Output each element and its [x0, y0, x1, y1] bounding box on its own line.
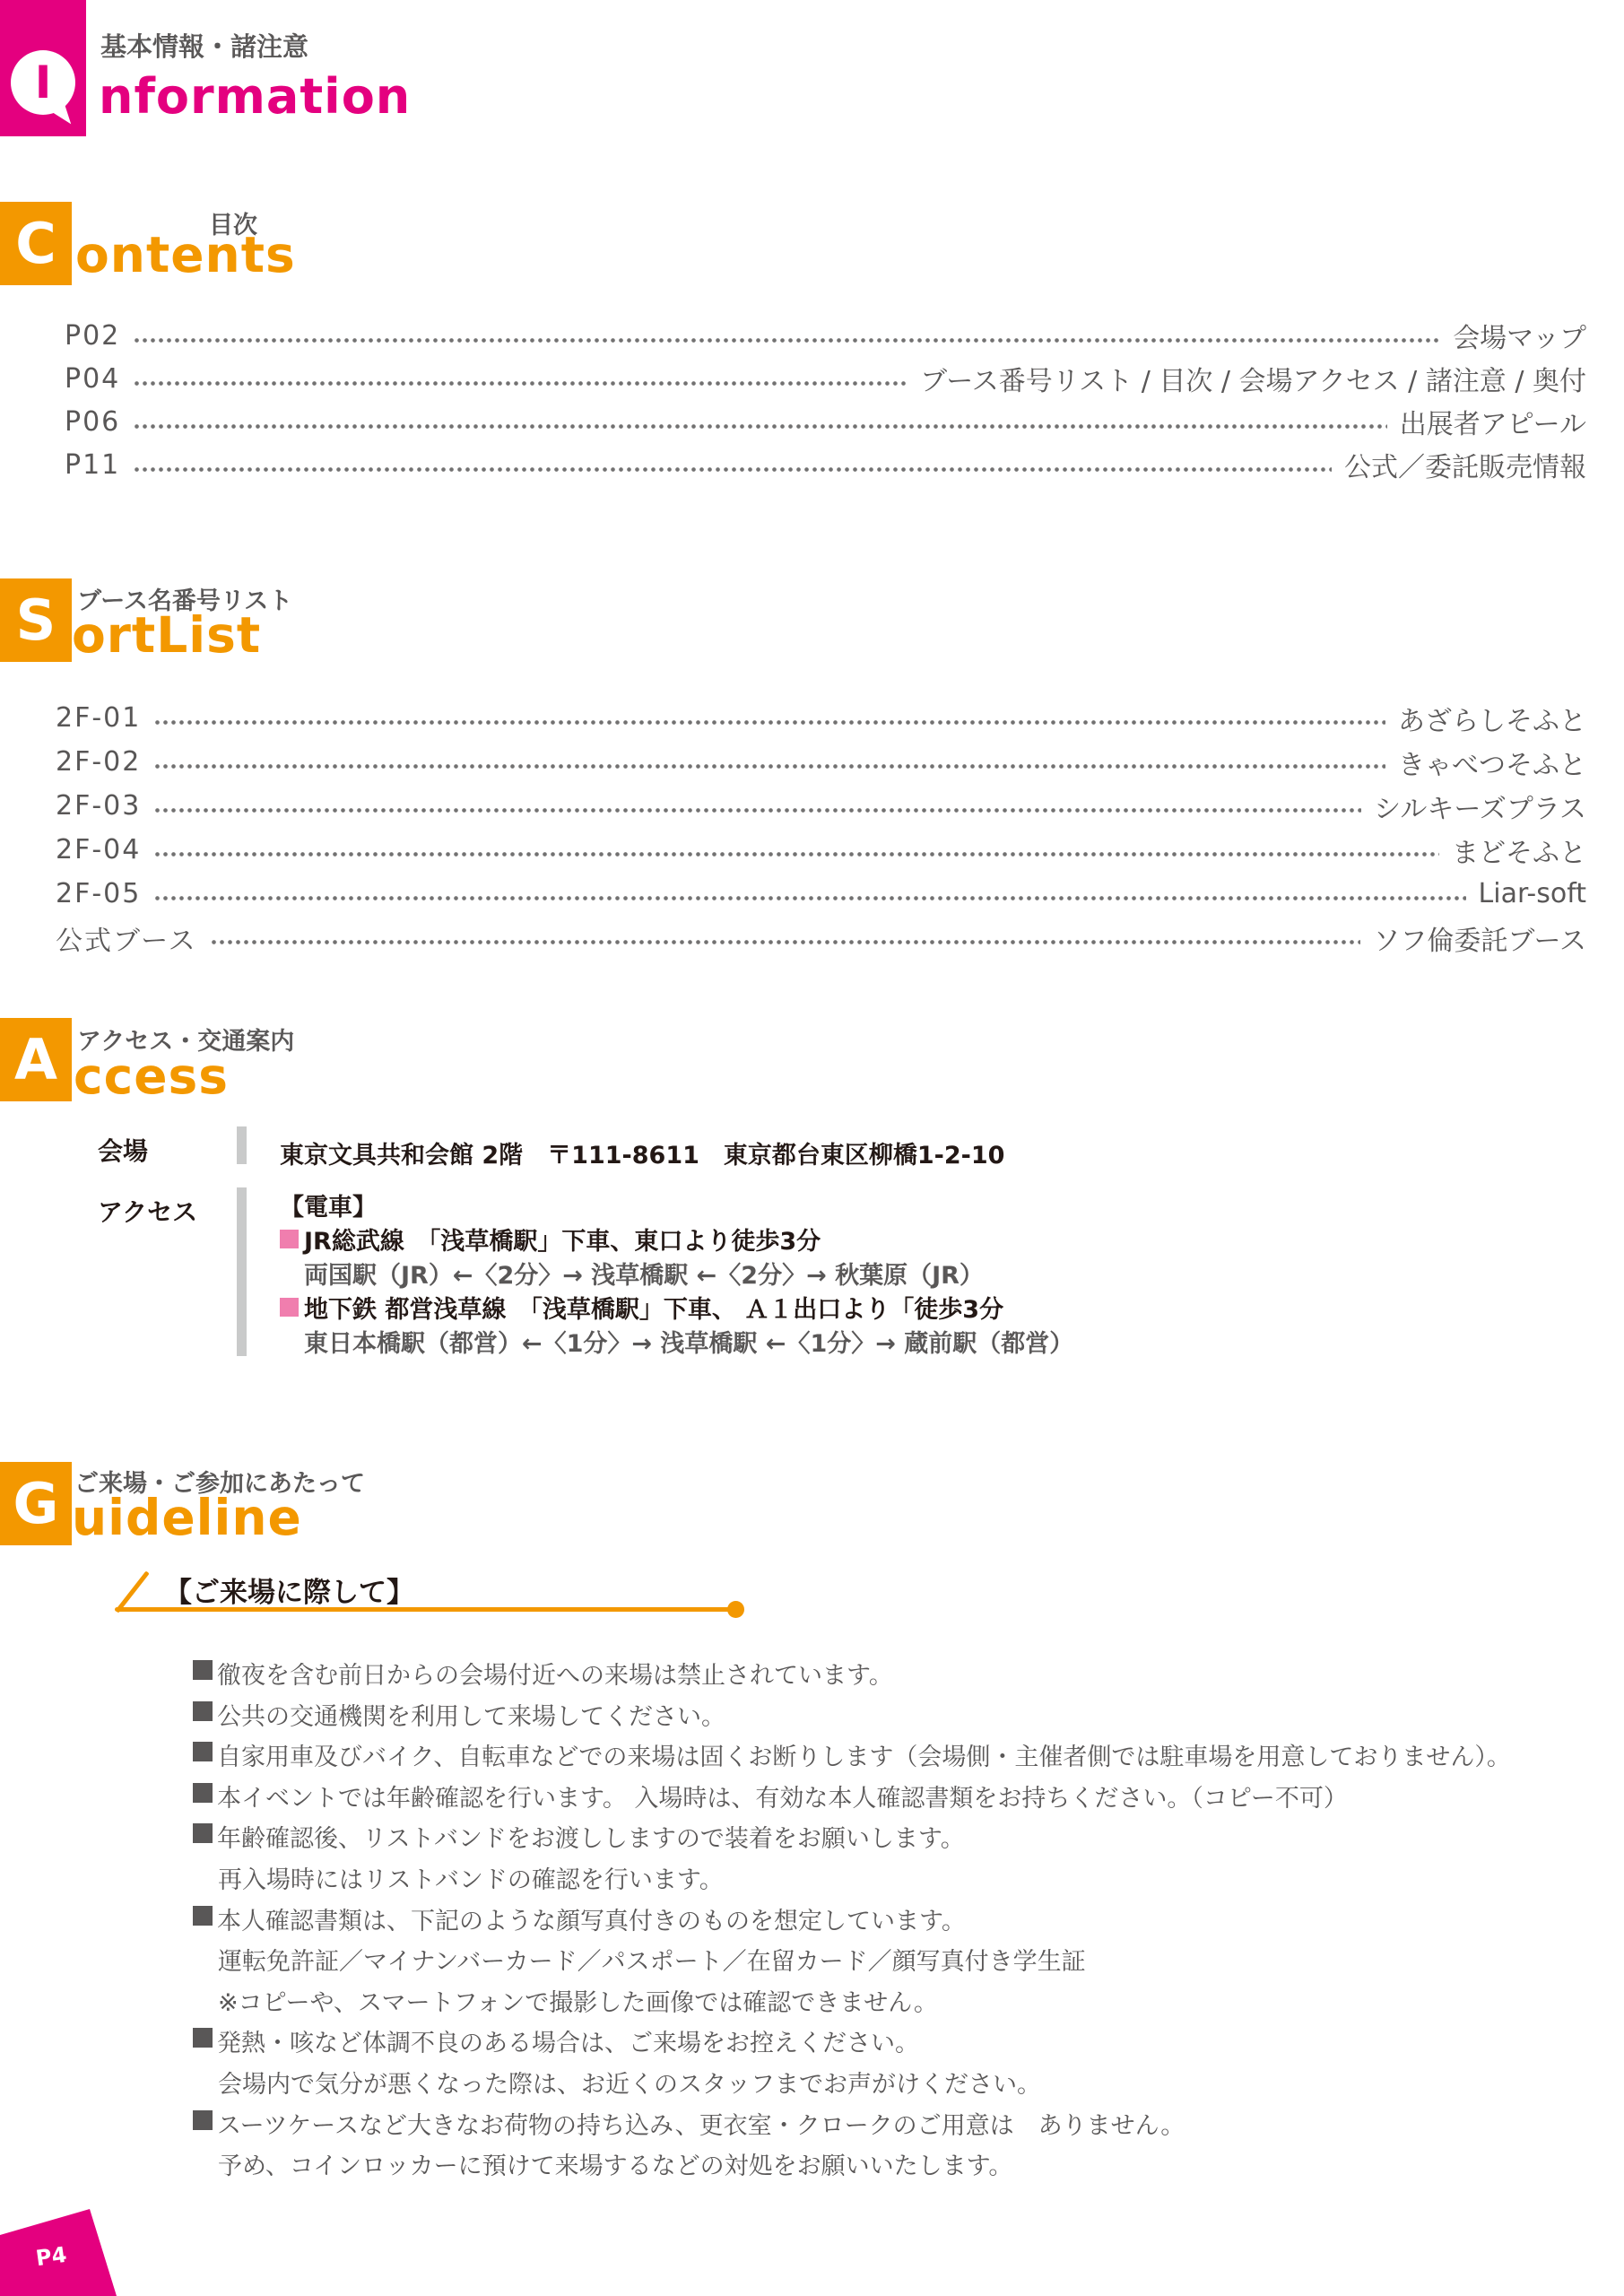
- guideline-bullet-icon: [193, 2110, 213, 2130]
- dotted-list-row: P04 ブース番号リスト / 目次 / 会場アクセス / 諸注意 / 奥付: [65, 357, 1586, 400]
- guideline-item: ※コピーや、スマートフォンで撮影した画像では確認できません。: [193, 1983, 1624, 2024]
- row-right-value: Liar-soft: [1479, 878, 1586, 909]
- dotted-list-row: 2F-05 Liar-soft: [56, 872, 1586, 916]
- guideline-item-text: 自家用車及びバイク、自転車などでの来場は固くお断りします（会場側・主催者側では駐…: [217, 1737, 1511, 1772]
- guideline-item-text: 公共の交通機関を利用して来場してください。: [217, 1697, 725, 1732]
- guideline-item: 再入場時にはリストバンドの確認を行います。: [193, 1860, 1624, 1901]
- guideline-list: 徹夜を含む前日からの会場付近への来場は禁止されています。 公共の交通機関を利用し…: [193, 1656, 1624, 2187]
- venue-label: 会場: [98, 1132, 148, 1168]
- row-left-label: 2F-02: [56, 746, 141, 778]
- row-right-value: 会場マップ: [1453, 316, 1586, 355]
- dotted-leader: [153, 719, 1385, 726]
- dotted-list-row: 2F-03 シルキーズプラス: [56, 784, 1586, 828]
- guideline-item: 本イベントでは年齢確認を行います。 入場時は、有効な本人確認書類をお持ちください…: [193, 1779, 1624, 1820]
- route-line: 地下鉄 都営浅草線 「浅草橋駅」下車、 Ａ１出口より「徒歩3分: [280, 1290, 1073, 1324]
- guideline-item: 予め、コインロッカーに預けて来場するなどの対処をお願いいたします。: [193, 2146, 1624, 2187]
- guideline-item-text: 発熱・咳など体調不良のある場合は、ご来場をお控えください。: [217, 2023, 919, 2058]
- dotted-leader: [133, 337, 1440, 344]
- route-bullet-icon: [280, 1230, 299, 1248]
- guideline-bullet-icon: [193, 1660, 213, 1680]
- sortlist-big-letter: S: [16, 587, 56, 653]
- speech-bubble-tail-icon: [48, 103, 71, 129]
- guideline-item-text: 本人確認書類は、下記のような顔写真付きのものを想定しています。: [217, 1901, 966, 1936]
- guideline-item-text: 年齢確認後、リストバンドをお渡ししますので装着をお願いします。: [217, 1819, 965, 1854]
- route-list: JR総武線 「浅草橋駅」下車、東口より徒歩3分 両国駅（JR）←〈2分〉→ 浅草…: [280, 1222, 1073, 1358]
- guideline-bullet-icon: [193, 1906, 213, 1926]
- guideline-word: uideline: [72, 1489, 302, 1546]
- row-left-label: P11: [65, 449, 120, 481]
- guideline-item: 本人確認書類は、下記のような顔写真付きのものを想定しています。: [193, 1901, 1624, 1943]
- guideline-item-text: スーツケースなど大きなお荷物の持ち込み、更衣室・クロークのご用意は ありません。: [217, 2106, 1185, 2141]
- venue-value: 東京文具共和会館 2階 〒111-8611 東京都台東区柳橋1-2-10: [280, 1135, 1004, 1170]
- guideline-item-text: 再入場時にはリストバンドの確認を行います。: [218, 1860, 724, 1895]
- route-detail-text: 両国駅（JR）←〈2分〉→ 浅草橋駅 ←〈2分〉→ 秋葉原（JR）: [280, 1256, 1073, 1290]
- guideline-item: 発熱・咳など体調不良のある場合は、ご来場をお控えください。: [193, 2023, 1624, 2065]
- guideline-bullet-icon: [193, 1823, 213, 1843]
- row-right-value: シルキーズプラス: [1374, 787, 1586, 826]
- dotted-list-row: 2F-04 まどそふと: [56, 828, 1586, 872]
- row-left-label: P02: [65, 320, 120, 352]
- guideline-bullet-icon: [193, 2028, 213, 2048]
- train-header: 【電車】: [280, 1187, 1073, 1222]
- row-right-value: あざらしそふと: [1398, 699, 1586, 738]
- guideline-underline: [115, 1607, 737, 1612]
- row-left-label: P06: [65, 406, 120, 438]
- guideline-item: 運転免許証／マイナンバーカード／パスポート／在留カード／顔写真付き学生証: [193, 1942, 1624, 1983]
- page-number: P4: [34, 2242, 68, 2272]
- guideline-underline-dot: [727, 1601, 744, 1618]
- guideline-big-letter: G: [13, 1471, 59, 1536]
- guideline-item-text: 徹夜を含む前日からの会場付近への来場は禁止されています。: [217, 1656, 893, 1691]
- guideline-letter-badge: G: [0, 1462, 72, 1545]
- guideline-item: 会場内で気分が悪くなった際は、お近くのスタッフまでお声がけください。: [193, 2065, 1624, 2106]
- access-letter-badge: A: [0, 1018, 72, 1101]
- venue-divider-bar: [237, 1126, 247, 1164]
- guideline-item-text: ※コピーや、スマートフォンで撮影した画像では確認できません。: [218, 1983, 938, 2018]
- guideline-item-text: 予め、コインロッカーに預けて来場するなどの対処をお願いいたします。: [218, 2146, 1012, 2181]
- header-word: nformation: [99, 68, 411, 125]
- access-divider-bar: [237, 1187, 247, 1356]
- information-big-letter: I: [35, 60, 52, 105]
- guideline-item: 自家用車及びバイク、自転車などでの来場は固くお断りします（会場側・主催者側では駐…: [193, 1737, 1624, 1779]
- guideline-bullet-icon: [193, 1701, 213, 1721]
- dotted-list-row: 2F-02 きゃべつそふと: [56, 740, 1586, 784]
- guideline-subheading: 【ご来場に際して】: [164, 1570, 414, 1610]
- route-bullet-icon: [280, 1298, 299, 1317]
- row-left-label: 2F-01: [56, 702, 141, 734]
- dotted-leader: [153, 851, 1439, 857]
- guideline-item: 年齢確認後、リストバンドをお渡ししますので装着をお願いします。: [193, 1819, 1624, 1860]
- row-right-value: 出展者アピール: [1400, 402, 1586, 441]
- access-word: ccess: [74, 1048, 229, 1105]
- row-right-value: ブース番号リスト / 目次 / 会場アクセス / 諸注意 / 奥付: [920, 359, 1586, 398]
- guideline-bullet-icon: [193, 1783, 213, 1803]
- row-right-value: 公式／委託販売情報: [1344, 445, 1586, 484]
- guideline-item-text: 会場内で気分が悪くなった際は、お近くのスタッフまでお声がけください。: [218, 2065, 1041, 2100]
- row-right-value: まどそふと: [1452, 831, 1586, 870]
- access-big-letter: A: [14, 1027, 57, 1092]
- row-left-label: 2F-03: [56, 790, 141, 822]
- access-row-label: アクセス: [98, 1193, 197, 1229]
- row-left-label: 公式ブース: [56, 918, 197, 958]
- booth-list: 2F-01 あざらしそふと 2F-02 きゃべつそふと 2F-03 シルキーズプ…: [56, 696, 1586, 960]
- sortlist-letter-badge: S: [0, 578, 72, 662]
- row-left-label: 2F-04: [56, 834, 141, 865]
- route-line-text: 地下鉄 都営浅草線 「浅草橋駅」下車、 Ａ１出口より「徒歩3分: [304, 1290, 1003, 1325]
- guideline-bullet-icon: [193, 1742, 213, 1761]
- row-right-value: ソフ倫委託ブース: [1373, 918, 1586, 958]
- guideline-item-text: 運転免許証／マイナンバーカード／パスポート／在留カード／顔写真付き学生証: [218, 1942, 1086, 1977]
- route-line-text: JR総武線 「浅草橋駅」下車、東口より徒歩3分: [304, 1222, 821, 1257]
- dotted-leader: [210, 939, 1361, 945]
- information-badge: I: [0, 0, 86, 136]
- contents-big-letter: C: [15, 211, 56, 276]
- dotted-leader: [153, 763, 1385, 770]
- route-detail-text: 東日本橋駅（都営）←〈1分〉→ 浅草橋駅 ←〈1分〉→ 蔵前駅（都営）: [280, 1324, 1073, 1358]
- dotted-list-row: P06 出展者アピール: [65, 400, 1586, 443]
- train-access-block: 【電車】 JR総武線 「浅草橋駅」下車、東口より徒歩3分 両国駅（JR）←〈2分…: [280, 1187, 1073, 1358]
- dotted-leader: [133, 466, 1332, 473]
- dotted-leader: [153, 807, 1361, 813]
- guideline-item: 徹夜を含む前日からの会場付近への来場は禁止されています。: [193, 1656, 1624, 1697]
- pamphlet-page: I 基本情報・諸注意 nformation C 目次 ontents P02 会…: [0, 0, 1624, 2296]
- dotted-list-row: P02 会場マップ: [65, 314, 1586, 357]
- header-tag-jp: 基本情報・諸注意: [100, 27, 308, 64]
- sortlist-word: ortList: [72, 606, 261, 664]
- contents-list: P02 会場マップ P04 ブース番号リスト / 目次 / 会場アクセス / 諸…: [65, 314, 1586, 486]
- contents-word: ontents: [75, 226, 296, 283]
- dotted-leader: [153, 895, 1465, 901]
- dotted-leader: [133, 380, 908, 387]
- route-line: JR総武線 「浅草橋駅」下車、東口より徒歩3分: [280, 1222, 1073, 1256]
- row-right-value: きゃべつそふと: [1398, 743, 1586, 782]
- guideline-item-text: 本イベントでは年齢確認を行います。 入場時は、有効な本人確認書類をお持ちください…: [217, 1779, 1348, 1813]
- guideline-item: スーツケースなど大きなお荷物の持ち込み、更衣室・クロークのご用意は ありません。: [193, 2106, 1624, 2147]
- contents-letter-badge: C: [0, 202, 72, 285]
- guideline-item: 公共の交通機関を利用して来場してください。: [193, 1697, 1624, 1738]
- dotted-list-row: 2F-01 あざらしそふと: [56, 696, 1586, 740]
- row-left-label: 2F-05: [56, 878, 141, 909]
- dotted-list-row: 公式ブース ソフ倫委託ブース: [56, 916, 1586, 960]
- dotted-list-row: P11 公式／委託販売情報: [65, 443, 1586, 486]
- row-left-label: P04: [65, 363, 120, 395]
- speech-bubble-icon: I: [11, 50, 75, 115]
- dotted-leader: [133, 423, 1387, 430]
